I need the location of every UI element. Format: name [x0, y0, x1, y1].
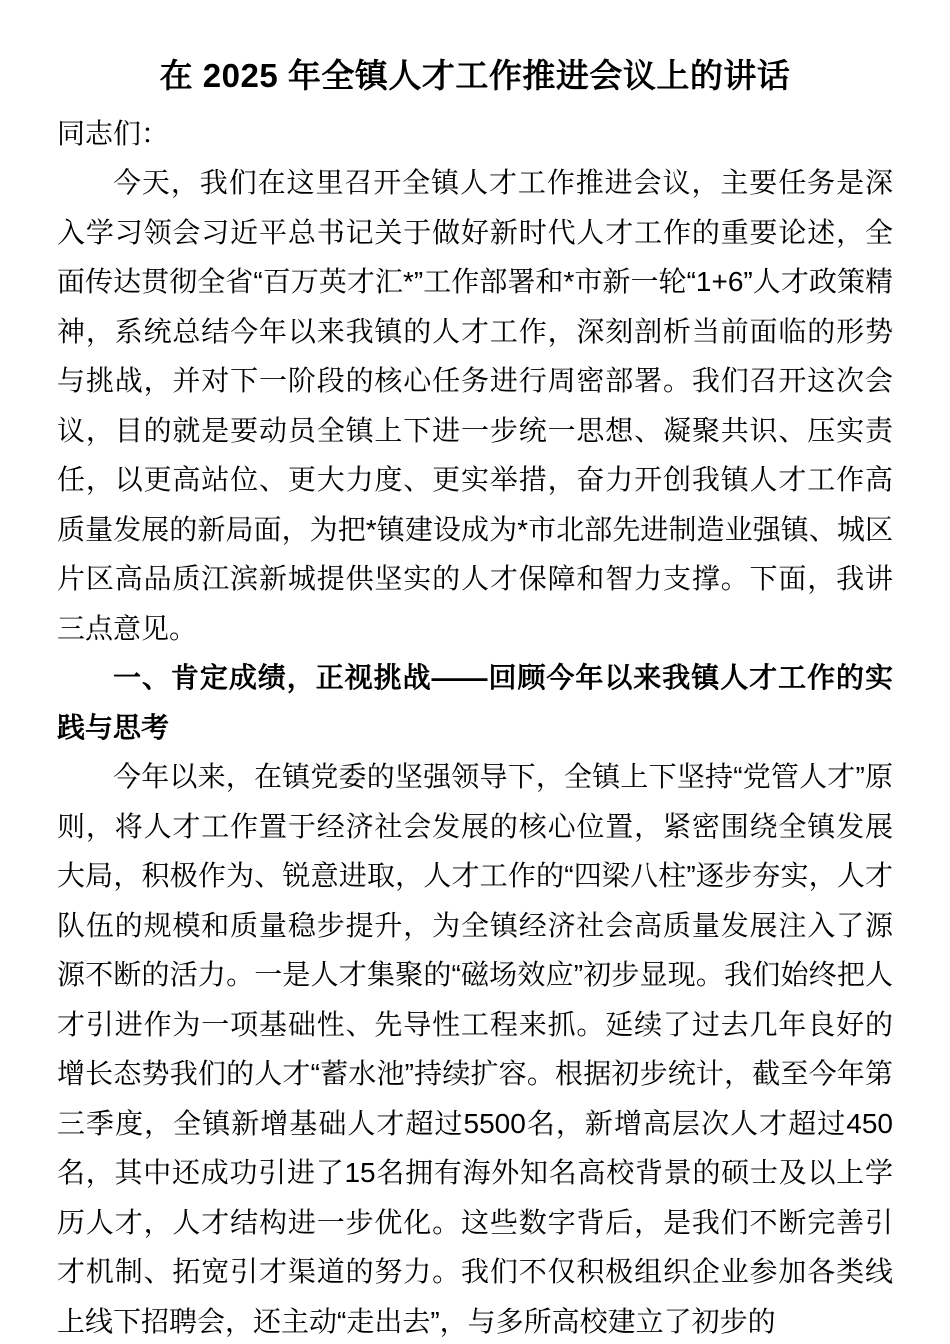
salutation-line: 同志们：: [57, 109, 893, 159]
document-page: 在 2025 年全镇人才工作推进会议上的讲话 同志们： 今天，我们在这里召开全镇…: [0, 0, 950, 1344]
intro-paragraph: 今天，我们在这里召开全镇人才工作推进会议，主要任务是深入学习领会习近平总书记关于…: [57, 158, 893, 653]
section-1-heading: 一、肯定成绩，正视挑战——回顾今年以来我镇人才工作的实践与思考: [57, 653, 893, 752]
document-title: 在 2025 年全镇人才工作推进会议上的讲话: [57, 50, 893, 103]
section-1-paragraph: 今年以来，在镇党委的坚强领导下，全镇上下坚持“党管人才”原则，将人才工作置于经济…: [57, 752, 893, 1344]
